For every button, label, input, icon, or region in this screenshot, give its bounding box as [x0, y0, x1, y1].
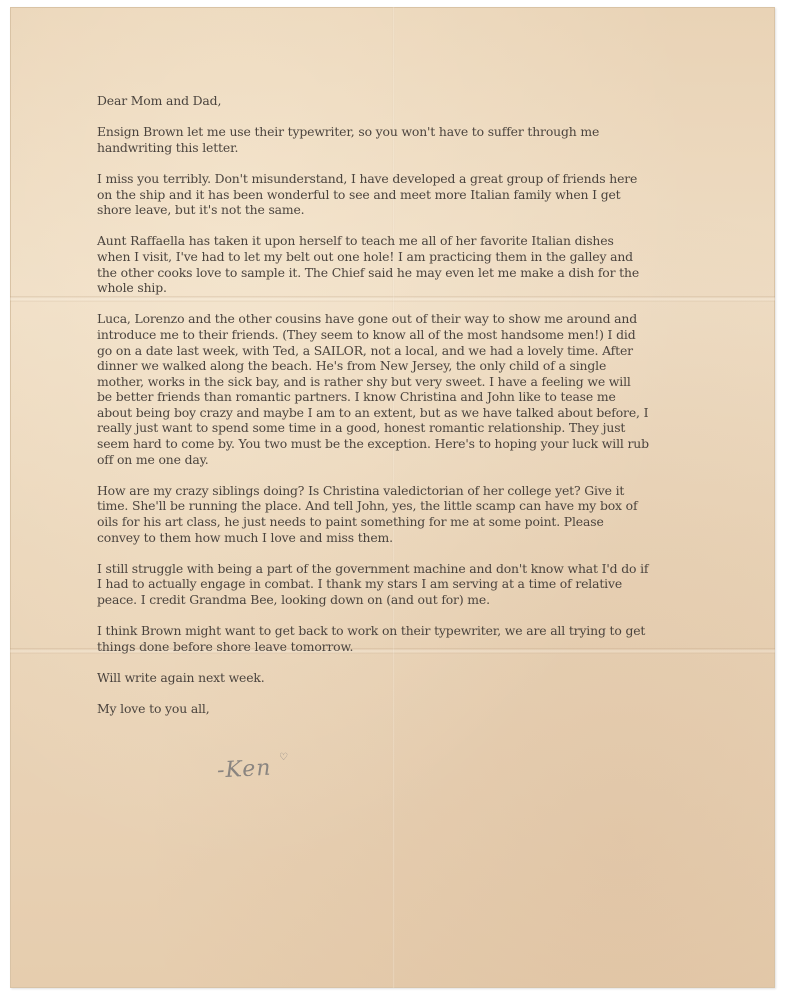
- letter-body: Dear Mom and Dad, Ensign Brown let me us…: [97, 93, 697, 732]
- paragraph-siblings: How are my crazy siblings doing? Is Chri…: [97, 483, 697, 545]
- paragraph-write-again: Will write again next week.: [97, 670, 697, 686]
- paragraph-government: I still struggle with being a part of th…: [97, 561, 697, 608]
- paragraph-cousins-date: Luca, Lorenzo and the other cousins have…: [97, 311, 697, 467]
- paragraph-typewriter: Ensign Brown let me use their typewriter…: [97, 124, 697, 155]
- heart-icon: ♡: [279, 752, 288, 763]
- salutation: Dear Mom and Dad,: [97, 93, 697, 109]
- paragraph-miss-you: I miss you terribly. Don't misunderstand…: [97, 171, 697, 218]
- paragraph-brown-typewriter: I think Brown might want to get back to …: [97, 623, 697, 654]
- closing: My love to you all,: [97, 701, 697, 717]
- handwritten-signature: -Ken: [216, 756, 272, 784]
- paragraph-aunt-raffaella: Aunt Raffaella has taken it upon herself…: [97, 233, 697, 295]
